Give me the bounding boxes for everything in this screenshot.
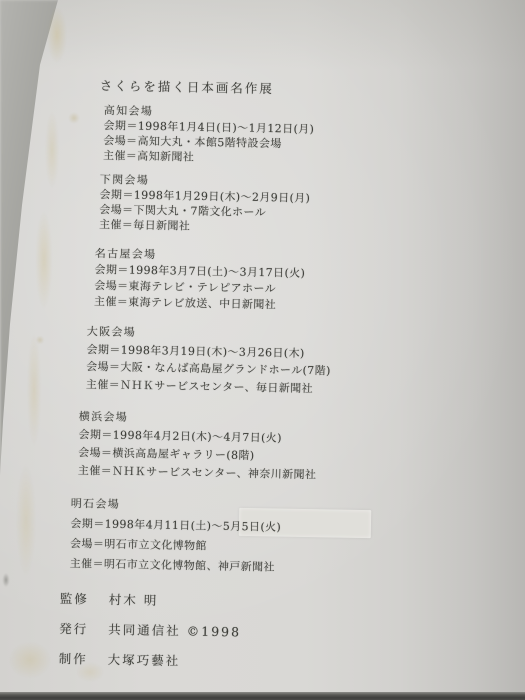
venue-section-nagoya: 名古屋会場 会期＝1998年3月7日(土)～3月17日(火) 会場＝東海テレビ・… — [94, 246, 306, 314]
venue-organizer: 主催＝明石市立文化博物館、神戸新聞社 — [70, 554, 281, 578]
venue-section-kochi: 高知会場 会期＝1998年1月4日(日)～1月12日(月) 会場＝高知大丸・本館… — [103, 103, 315, 167]
book-page-photo: さくらを描く日本画名作展 高知会場 会期＝1998年1月4日(日)～1月12日(… — [0, 0, 525, 700]
page-title: さくらを描く日本画名作展 — [100, 76, 274, 97]
venue-section-shimonoseki: 下関会場 会期＝1998年1月29日(木)～2月9日(月) 会場＝下関大丸・7階… — [99, 172, 311, 236]
venue-section-osaka: 大阪会場 会期＝1998年3月19日(木)～3月26日(木) 会場＝大阪・なんば… — [86, 323, 332, 397]
credit-row-producer: 制作 大塚巧藝社 — [59, 649, 241, 670]
colophon-credits: 監修 村木 明 発行 共同通信社 ©1998 制作 大塚巧藝社 — [58, 589, 242, 682]
credit-row-publisher: 発行 共同通信社 ©1998 — [59, 619, 241, 640]
credit-role: 監修 — [60, 589, 89, 608]
credit-value: 村木 明 — [109, 590, 159, 609]
credit-row-supervisor: 監修 村木 明 — [60, 589, 242, 610]
credit-role: 制作 — [59, 649, 88, 668]
credit-value: 大塚巧藝社 — [108, 650, 181, 669]
page-bottom-edge — [0, 692, 525, 700]
credit-role: 発行 — [59, 619, 88, 638]
venue-section-yokohama: 横浜会場 会期＝1998年4月2日(木)～4月7日(火) 会場＝横浜高島屋ギャラ… — [78, 408, 318, 484]
venue-section-akashi: 明石会場 会期＝1998年4月11日(土)～5月5日(火) 会場＝明石市立文化博… — [70, 494, 282, 578]
credit-value: 共同通信社 ©1998 — [108, 620, 241, 641]
